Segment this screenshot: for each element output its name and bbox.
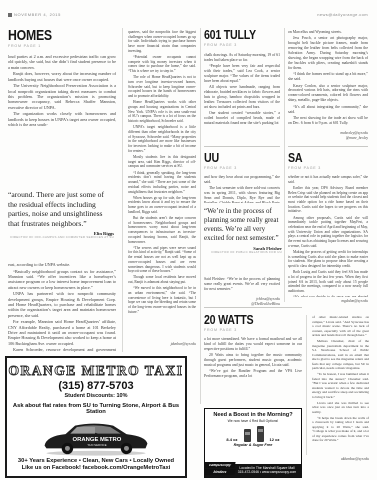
column-divider [306, 315, 307, 455]
site-url: news@dailyorange.com [317, 12, 368, 17]
pull-quote-text: “We’re in the process of planning some r… [204, 207, 282, 243]
section-rule [204, 146, 280, 147]
tully-body-leg-a: chalk drawings. As of Saturday morning, … [204, 53, 280, 141]
copy-ad-phone-web: 315-472-0546 • www.campuscopy.com [235, 470, 299, 475]
watts-body-leg-b: of other music-related studios on campus… [312, 315, 369, 455]
section-marker-icon [8, 13, 12, 17]
pull-quote-role: DIRECTOR OF PUBLIC RELATIONS FOR UU [204, 251, 282, 255]
taxi-car-graphic: ORANGE METRO TAXI SERVICE [36, 417, 156, 457]
sa-headline: SA [288, 150, 302, 165]
sa-body: whether or not it has actually made camp… [288, 175, 368, 297]
copy-ad-cans-row: 8.4 oz 12 oz [205, 426, 301, 442]
sa-kicker: FROM PAGE 3 [288, 166, 321, 170]
taxi-car-sublabel: TAXI SERVICE [87, 443, 106, 447]
taxi-ad-title: ORANGE METRO TAXI [7, 363, 185, 379]
section-rule [288, 146, 368, 147]
taxi-ad-discount: Student Discounts: 10% [7, 393, 185, 399]
uu-author-credit: jrbloss@syr.edu@TheRealJoeBloss [204, 297, 280, 307]
column-divider [284, 28, 285, 302]
column-divider [200, 28, 201, 404]
copy-ad-headline: Need a Boost in the Morning? [205, 412, 301, 418]
copy-ad-regular-sugarfree: Regular & Sugar Free [205, 443, 301, 447]
pull-quote-role: DIRECTOR OF OFF-CAMPUS AND COMMUTER SERV… [8, 236, 114, 240]
tully-author-credit: mabexley@syr.edu@mare_bexley [288, 131, 368, 141]
homes-author-credit: jdunbar@syr.edu [128, 342, 196, 347]
homes-body-col1-bottom: east, according to the UNPA website.“Bas… [8, 262, 116, 352]
homes-headline: HOMES [8, 27, 52, 44]
campus-copy-logo-bottom: binders [204, 469, 236, 475]
taxi-ad-features: 30+ Years Experience • Clean, New Cars •… [7, 458, 185, 464]
watts-headline: 20 WATTS [204, 312, 253, 327]
campus-copy-ad: Need a Boost in the Morning? We now have… [204, 408, 302, 478]
tully-headline: 601 TULLY [204, 27, 256, 42]
taxi-car-label: ORANGE METRO [73, 437, 122, 443]
taxi-ad-facebook: Like us on Facebook! facebook.com/Orange… [7, 465, 185, 471]
watts-kicker: FROM PAGE 3 [204, 328, 237, 332]
orange-metro-taxi-ad: ORANGE METRO TAXI (315) 877-5703 Student… [5, 356, 187, 478]
redbull-can-icon [244, 429, 251, 442]
page-date-text: NOVEMBER 4, 2015 [14, 12, 61, 17]
uu-body-top: and how they hear about our programming,… [204, 175, 280, 203]
sa-author-credit: mgdolan@syr.edu [288, 299, 368, 304]
homes-pull-quote: “around. There are just some of the resi… [8, 190, 114, 240]
can-size-large: 12 oz [270, 437, 280, 442]
tully-kicker: FROM PAGE 3 [204, 43, 237, 47]
tully-body-leg-b: on Marcellus and Wyoming streets.Jess Po… [288, 30, 368, 129]
taxi-ad-phone: (315) 877-5703 [7, 380, 185, 392]
page-date: NOVEMBER 4, 2015 [8, 12, 61, 17]
uu-kicker: FROM PAGE 3 [204, 166, 237, 170]
taxi-ad-flat-rates: Ask about flat rates from SU to Turning … [7, 403, 185, 415]
redbull-can-icon [257, 426, 264, 442]
can-size-small: 8.4 oz [226, 437, 237, 442]
homes-body-col2: quarters, said the nonprofits face the b… [128, 30, 196, 340]
uu-pull-quote: “We’re in the process of planning some r… [204, 207, 282, 255]
watts-author-credit: aklumbac@syr.edu [312, 457, 369, 462]
campus-copy-logo: campuscopy binders [204, 461, 235, 475]
homes-body-col1-top: loud parties at 2 a.m. and excessive ped… [8, 54, 116, 186]
watts-body-leg-a: a lot more streamlined. We have a formal… [204, 337, 302, 405]
pull-quote-text: “around. There are just some of the resi… [8, 190, 114, 228]
homes-kicker: FROM PAGE 1 [8, 44, 41, 48]
column-divider [122, 28, 123, 352]
copy-ad-subline: We now have 4 Red Bull Options! [205, 419, 301, 423]
uu-headline: UU [204, 150, 219, 165]
uu-body-bottom: Said Fleisher: “We’re in the process of … [204, 277, 280, 296]
section-rule [204, 307, 302, 308]
campus-copy-logo-top: campuscopy [204, 462, 236, 468]
